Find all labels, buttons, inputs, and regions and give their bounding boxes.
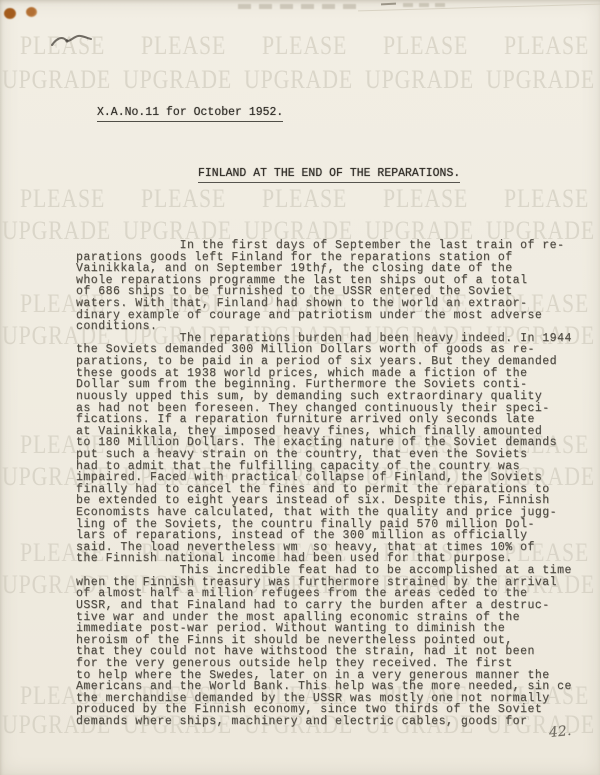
text-line: waters. With that, Finland had shown to … [76,298,572,310]
ink-speck [381,3,396,6]
text-line: In the first days of September the last … [76,240,572,252]
text-line: fications. If a reparation furniture arr… [76,414,572,426]
text-line: put such a heavy strain on the country, … [76,449,572,461]
text-line: USSR, and that Finaland had to carry the… [76,600,572,612]
watermark-word: UPGRADE [486,65,595,95]
text-line: Economists have calculated, that with th… [76,507,572,519]
watermark-word: PLEASE [141,184,226,214]
watermark-word: UPGRADE [244,65,353,95]
crease-line [358,4,600,12]
watermark-row: UPGRADEUPGRADEUPGRADEUPGRADEUPGRADE [0,65,600,95]
page-number-handwritten: 42. [548,723,572,741]
watermark-word: UPGRADE [123,65,232,95]
document-body: In the first days of September the last … [76,240,572,728]
watermark-word: UPGRADE [365,65,474,95]
text-line: nuously upped this sum, by demanding suc… [76,391,572,403]
watermark-word: UPGRADE [2,65,111,95]
text-line: immediate post-war period. Without wanti… [76,623,572,635]
watermark-row: PLEASEPLEASEPLEASEPLEASEPLEASE [0,184,600,214]
watermark-word: PLEASE [20,184,105,214]
scanned-document-page: PLEASEPLEASEPLEASEPLEASEPLEASEUPGRADEUPG… [0,0,600,775]
watermark-word: PLEASE [383,184,468,214]
watermark-word: PLEASE [504,31,589,61]
watermark-word: PLEASE [504,184,589,214]
text-line: parations, to be paid in a period of six… [76,356,572,368]
bleed-through-mark [403,3,451,7]
text-line: This incredible feat had to be accomplis… [76,565,572,577]
watermark-word: PLEASE [262,184,347,214]
watermark-word: PLEASE [262,31,347,61]
document-reference: X.A.No.11 for October 1952. [97,106,283,122]
document-title: FINLAND AT THE END OF THE REPARATIONS. [198,167,460,183]
bleed-through-mark [238,4,358,9]
stain-mark [4,8,16,19]
stain-mark [26,7,37,17]
text-line: for the very generous outside help they … [76,658,572,670]
text-line: demands where ships, machinery and elect… [76,716,572,728]
watermark-word: PLEASE [383,31,468,61]
pencil-scribble-mark [50,32,94,50]
watermark-word: PLEASE [141,31,226,61]
